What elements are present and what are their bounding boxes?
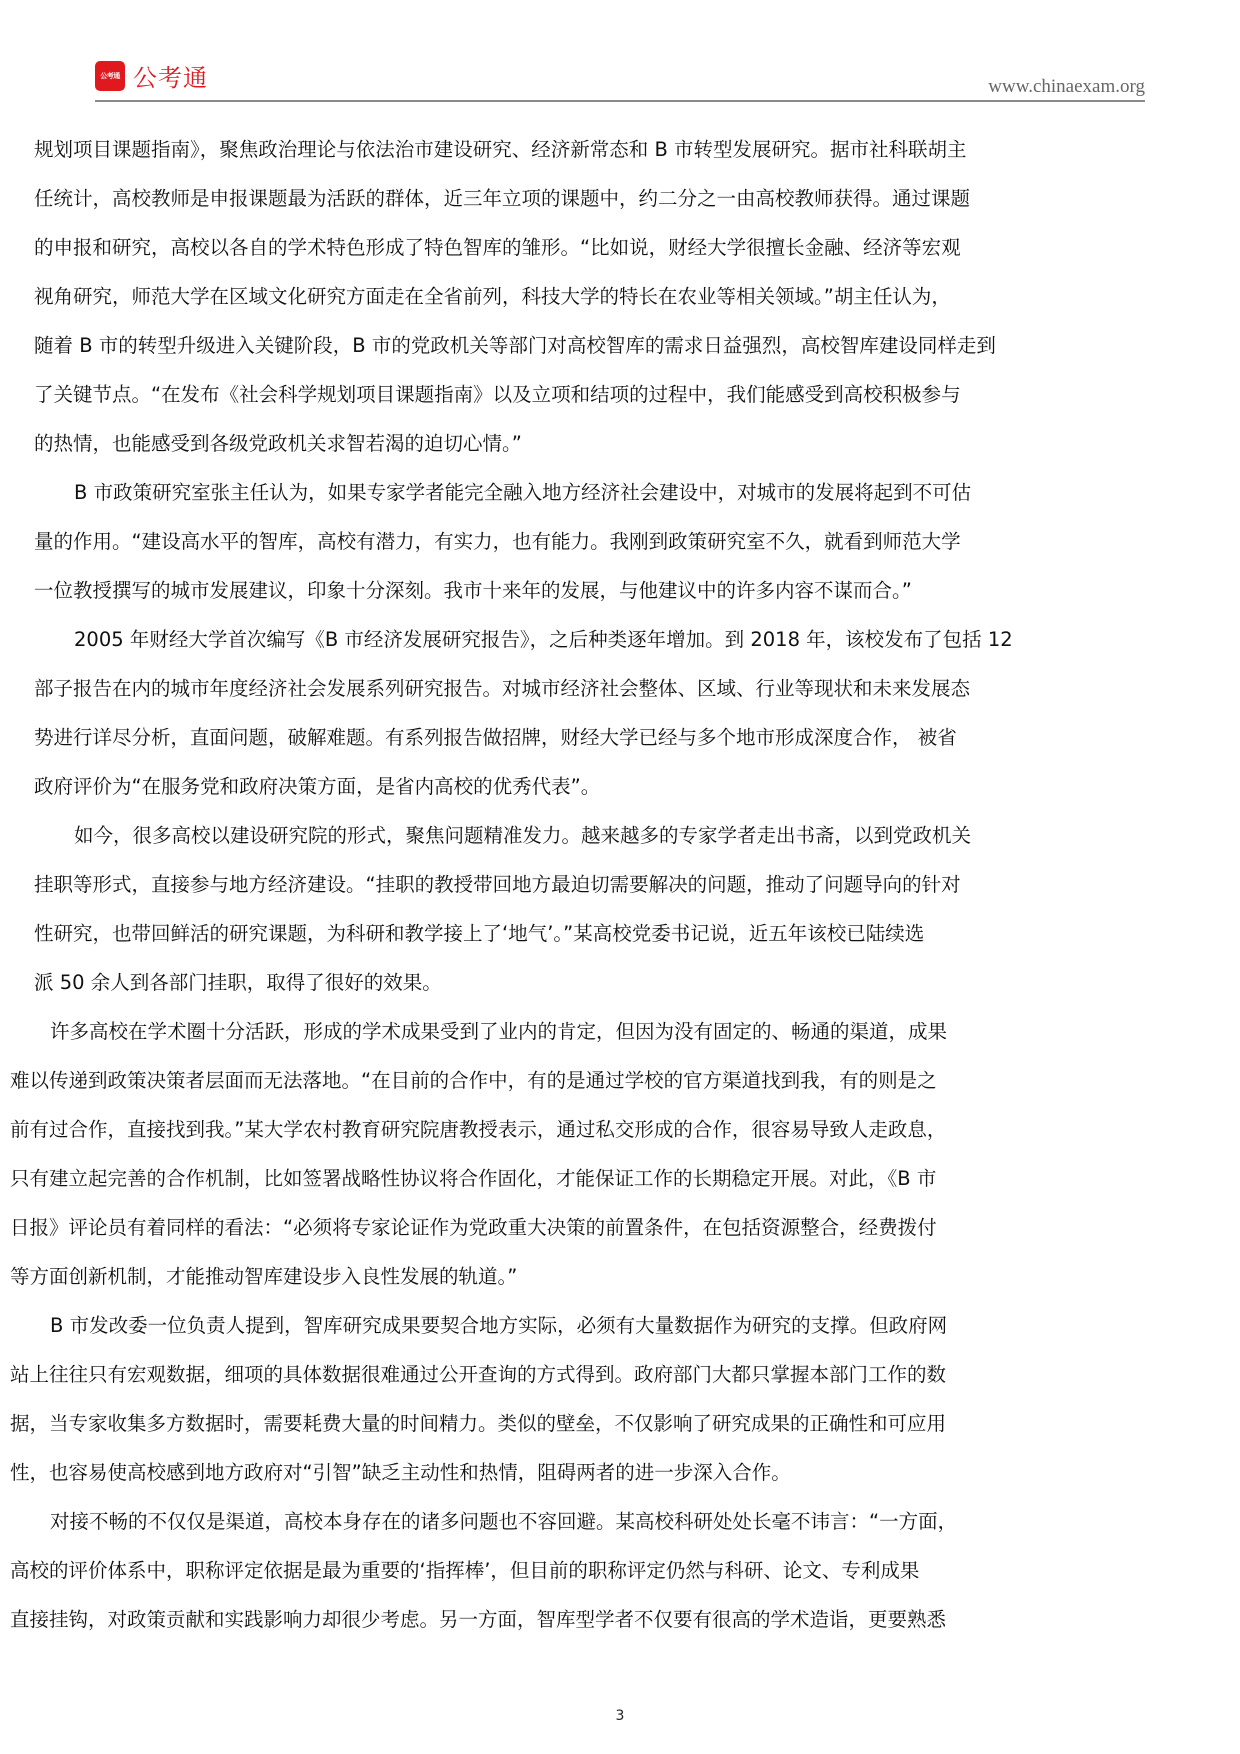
- text-line: B 市政策研究室张主任认为，如果专家学者能完全融入地方经济社会建设中，对城市的发…: [74, 479, 971, 507]
- text-line: 规划项目课题指南》，聚焦政治理论与依法治市建设研究、经济新常态和 B 市转型发展…: [34, 136, 967, 164]
- text-line: 难以传递到政策决策者层面而无法落地。“在目前的合作中，有的是通过学校的官方渠道找…: [10, 1067, 937, 1095]
- text-line: 如今，很多高校以建设研究院的形式，聚焦问题精准发力。越来越多的专家学者走出书斋，…: [74, 822, 971, 850]
- text-line: 性研究，也带回鲜活的研究课题，为科研和教学接上了‘地气’。”某高校党委书记说，近…: [34, 920, 924, 948]
- logo-text: 公考通: [133, 58, 208, 93]
- text-line: 挂职等形式，直接参与地方经济建设。“挂职的教授带回地方最迫切需要解决的问题，推动…: [34, 871, 961, 899]
- text-line: 的热情，也能感受到各级党政机关求智若渴的迫切心情。”: [34, 430, 522, 458]
- text-line: 直接挂钩，对政策贡献和实践影响力却很少考虑。另一方面，智库型学者不仅要有很高的学…: [10, 1606, 946, 1634]
- text-line: 视角研究，师范大学在区域文化研究方面走在全省前列，科技大学的特长在农业等相关领域…: [34, 283, 951, 311]
- text-line: 一位教授撰写的城市发展建议，印象十分深刻。我市十来年的发展，与他建议中的许多内容…: [34, 577, 912, 605]
- text-line: 势进行详尽分析，直面问题，破解难题。有系列报告做招牌，财经大学已经与多个地市形成…: [34, 724, 957, 752]
- text-line: 派 50 余人到各部门挂职，取得了很好的效果。: [34, 969, 442, 997]
- logo-badge-icon: 公考通: [95, 61, 125, 91]
- text-line: 据，当专家收集多方数据时，需要耗费大量的时间精力。类似的壁垒，不仅影响了研究成果…: [10, 1410, 946, 1438]
- text-line: 2005 年财经大学首次编写《B 市经济发展研究报告》，之后种类逐年增加。到 2…: [74, 626, 1013, 654]
- page-header: 公考通 公考通 www.chinaexam.org: [95, 58, 1145, 98]
- text-line: 任统计，高校教师是申报课题最为活跃的群体，近三年立项的课题中，约二分之一由高校教…: [34, 185, 970, 213]
- site-url: www.chinaexam.org: [988, 76, 1145, 98]
- text-line: 性，也容易使高校感到地方政府对“引智”缺乏主动性和热情，阻碍两者的进一步深入合作…: [10, 1459, 791, 1487]
- text-line: 随着 B 市的转型升级进入关键阶段，B 市的党政机关等部门对高校智库的需求日益强…: [34, 332, 996, 360]
- text-line: 等方面创新机制，才能推动智库建设步入良性发展的轨道。”: [10, 1263, 517, 1291]
- text-line: 只有建立起完善的合作机制，比如签署战略性协议将合作固化，才能保证工作的长期稳定开…: [10, 1165, 936, 1193]
- text-line: 对接不畅的不仅仅是渠道，高校本身存在的诸多问题也不容回避。某高校科研处处长毫不讳…: [50, 1508, 957, 1536]
- text-line: 日报》评论员有着同样的看法：“必须将专家论证作为党政重大决策的前置条件，在包括资…: [10, 1214, 937, 1242]
- text-line: 前有过合作，直接找到我。”某大学农村教育研究院唐教授表示，通过私交形成的合作，很…: [10, 1116, 946, 1144]
- text-line: 高校的评价体系中，职称评定依据是最为重要的‘指挥棒’，但目前的职称评定仍然与科研…: [10, 1557, 919, 1585]
- brand-logo: 公考通 公考通: [95, 58, 208, 93]
- text-line: 部子报告在内的城市年度经济社会发展系列研究报告。对城市经济社会整体、区域、行业等…: [34, 675, 970, 703]
- text-line: B 市发改委一位负责人提到，智库研究成果要契合地方实际，必须有大量数据作为研究的…: [50, 1312, 947, 1340]
- text-line: 了关键节点。“在发布《社会科学规划项目课题指南》以及立项和结项的过程中，我们能感…: [34, 381, 961, 409]
- page-number: 3: [0, 1708, 1240, 1724]
- header-divider: [95, 100, 1145, 102]
- text-line: 量的作用。“建设高水平的智库，高校有潜力，有实力，也有能力。我刚到政策研究室不久…: [34, 528, 961, 556]
- text-line: 许多高校在学术圈十分活跃，形成的学术成果受到了业内的肯定，但因为没有固定的、畅通…: [50, 1018, 947, 1046]
- text-line: 的申报和研究，高校以各自的学术特色形成了特色智库的雏形。“比如说，财经大学很擅长…: [34, 234, 961, 262]
- text-line: 政府评价为“在服务党和政府决策方面，是省内高校的优秀代表”。: [34, 773, 600, 801]
- text-line: 站上往往只有宏观数据，细项的具体数据很难通过公开查询的方式得到。政府部门大都只掌…: [10, 1361, 946, 1389]
